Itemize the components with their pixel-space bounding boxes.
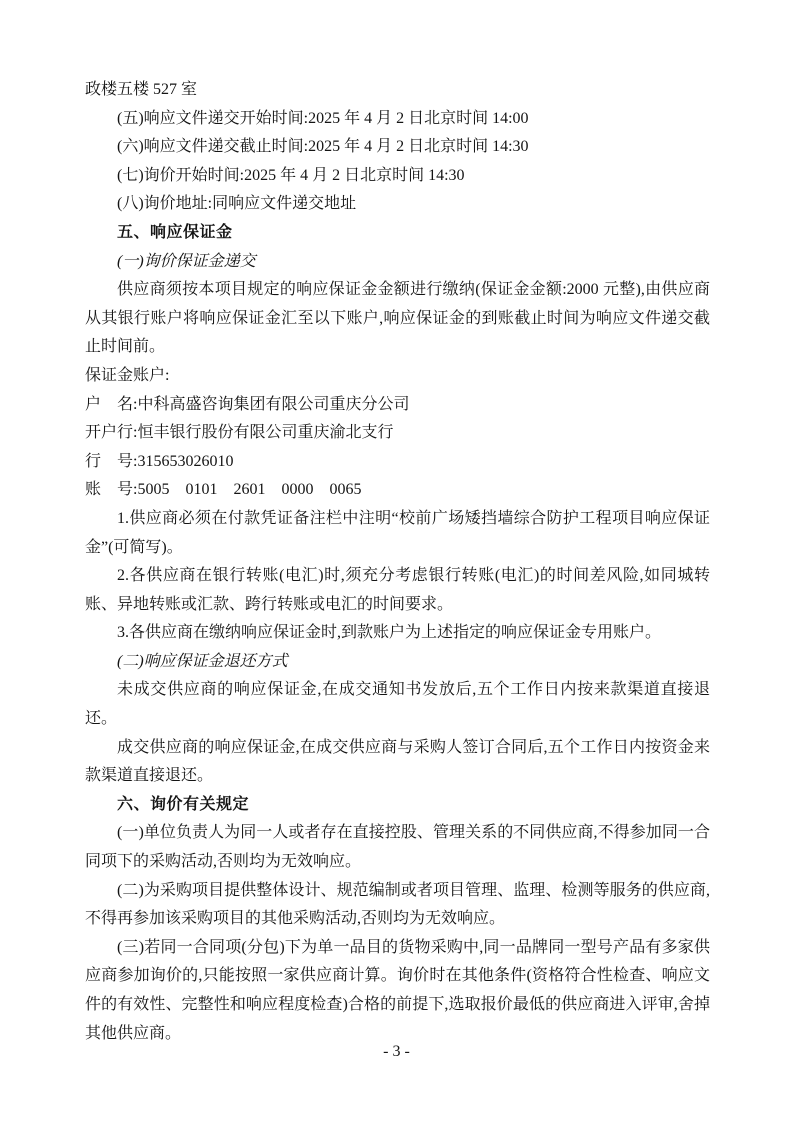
line-deposit-account-label: 保证金账户: bbox=[85, 362, 710, 391]
heading-section-5-response-deposit: 五、响应保证金 bbox=[85, 219, 710, 248]
page-number: - 3 - bbox=[0, 1038, 793, 1067]
item-5-submission-start-time: (五)响应文件递交开始时间:2025 年 4 月 2 日北京时间 14:00 bbox=[85, 105, 710, 134]
item-7-inquiry-start-time: (七)询价开始时间:2025 年 4 月 2 日北京时间 14:30 bbox=[85, 162, 710, 191]
para-rule-2-service-provider-restriction: (二)为采购项目提供整体设计、规范编制或者项目管理、监理、检测等服务的供应商,不… bbox=[85, 877, 710, 934]
heading-section-6-inquiry-rules: 六、询价有关规定 bbox=[85, 791, 710, 820]
para-deposit-note-3: 3.各供应商在缴纳响应保证金时,到款账户为上述指定的响应保证金专用账户。 bbox=[85, 619, 710, 648]
para-deposit-payment-requirement: 供应商须按本项目规定的响应保证金金额进行缴纳(保证金金额:2000 元整),由供… bbox=[85, 276, 710, 362]
para-rule-3-same-brand-model: (三)若同一合同项(分包)下为单一品目的货物采购中,同一品牌同一型号产品有多家供… bbox=[85, 934, 710, 1048]
item-8-inquiry-address: (八)询价地址:同响应文件递交地址 bbox=[85, 190, 710, 219]
subheading-5-2-deposit-refund-method: (二)响应保证金退还方式 bbox=[85, 648, 710, 677]
subheading-5-1-deposit-submission: (一)询价保证金递交 bbox=[85, 248, 710, 277]
para-deposit-note-1: 1.供应商必须在付款凭证备注栏中注明“校前广场矮挡墙综合防护工程项目响应保证金”… bbox=[85, 505, 710, 562]
line-account-holder-name: 户 名:中科高盛咨询集团有限公司重庆分公司 bbox=[85, 391, 710, 420]
para-refund-successful-supplier: 成交供应商的响应保证金,在成交供应商与采购人签订合同后,五个工作日内按资金来款渠… bbox=[85, 734, 710, 791]
line-account-number: 账 号:5005 0101 2601 0000 0065 bbox=[85, 476, 710, 505]
line-address-continuation: 政楼五楼 527 室 bbox=[85, 76, 710, 105]
document-page: 政楼五楼 527 室 (五)响应文件递交开始时间:2025 年 4 月 2 日北… bbox=[0, 0, 793, 1122]
para-deposit-note-2: 2.各供应商在银行转账(电汇)时,须充分考虑银行转账(电汇)的时间差风险,如同城… bbox=[85, 562, 710, 619]
item-6-submission-deadline: (六)响应文件递交截止时间:2025 年 4 月 2 日北京时间 14:30 bbox=[85, 133, 710, 162]
line-bank-number: 行 号:315653026010 bbox=[85, 448, 710, 477]
line-opening-bank: 开户行:恒丰银行股份有限公司重庆渝北支行 bbox=[85, 419, 710, 448]
para-refund-unsuccessful-supplier: 未成交供应商的响应保证金,在成交通知书发放后,五个工作日内按来款渠道直接退还。 bbox=[85, 676, 710, 733]
para-rule-1-same-responsible-person: (一)单位负责人为同一人或者存在直接控股、管理关系的不同供应商,不得参加同一合同… bbox=[85, 819, 710, 876]
